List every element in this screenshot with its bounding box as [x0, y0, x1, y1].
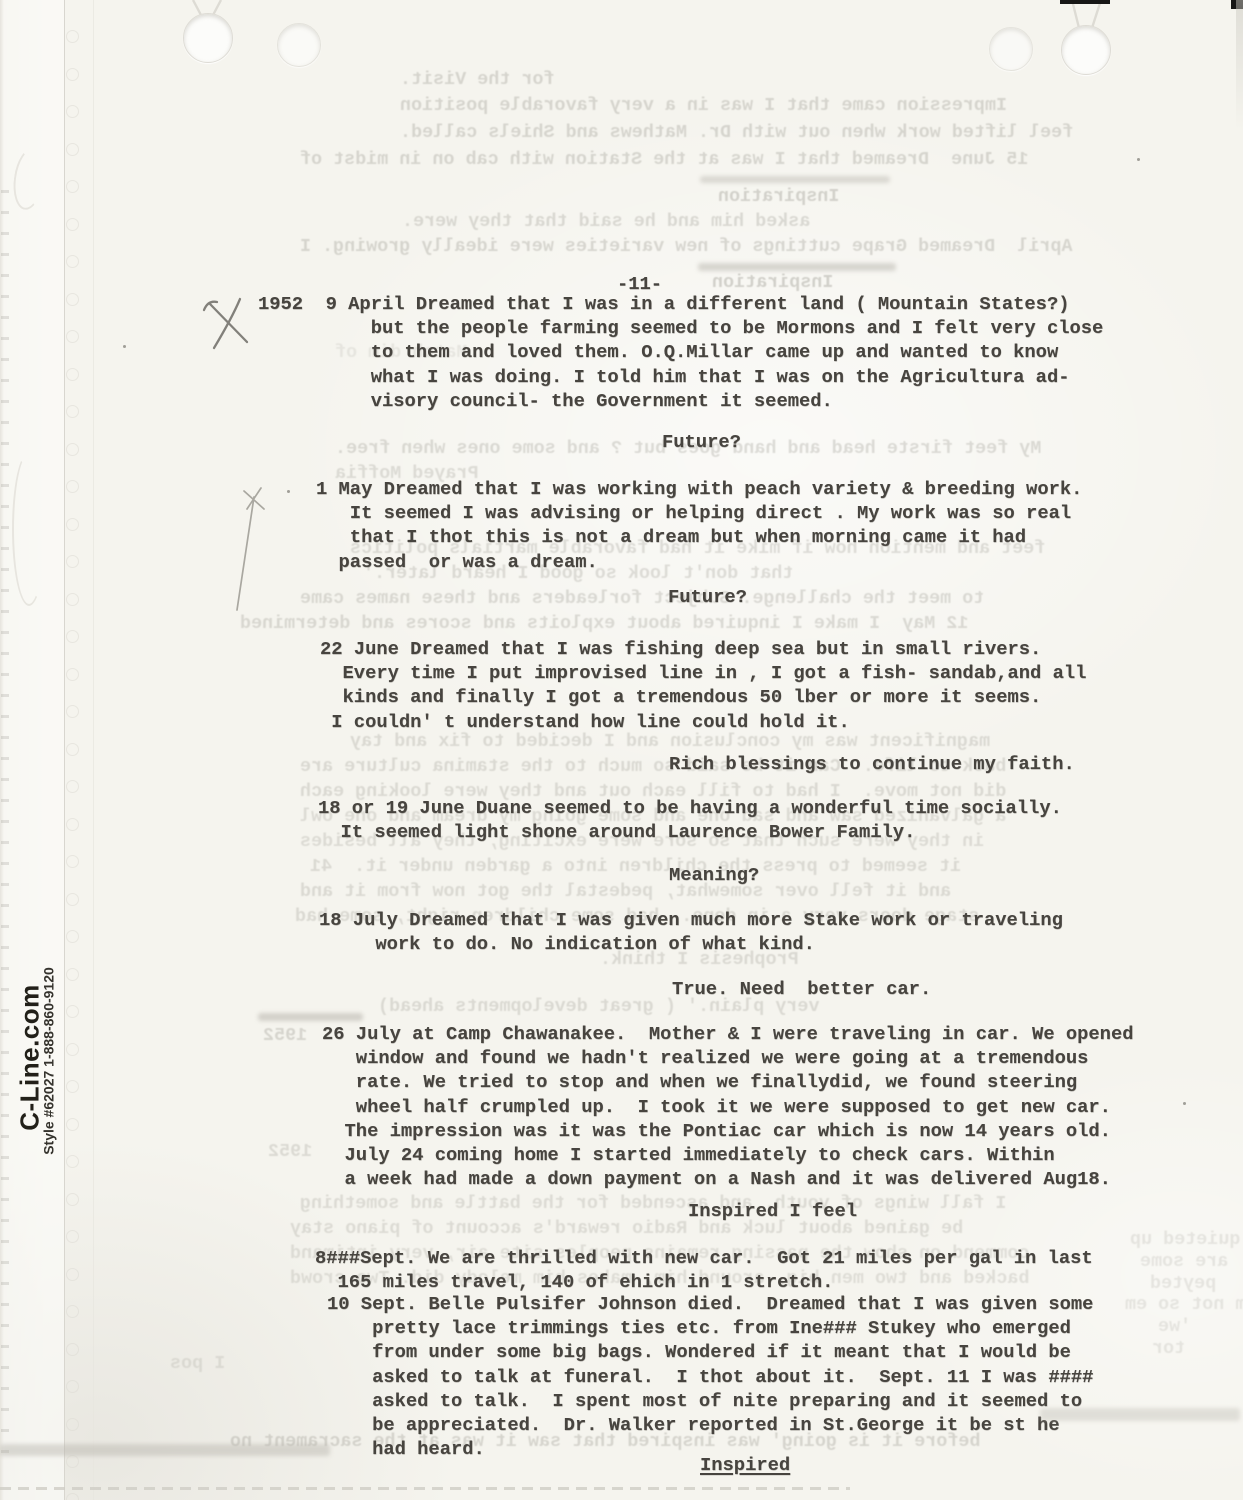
- top-edge-fragment: [1060, 0, 1110, 4]
- punch-hole: [277, 23, 321, 67]
- pencil-marks-overlay: [0, 0, 1243, 1500]
- punch-hole: [183, 13, 233, 63]
- punch-hole: [1061, 25, 1111, 75]
- bottom-dashed-edge: [0, 1487, 850, 1490]
- right-edge-streak: [1236, 0, 1243, 130]
- hole-tear: [193, 0, 1101, 28]
- pencil-x-mark: [204, 299, 247, 348]
- scanned-document-screenshot: { "page": { "number": "-11-", "kind": "t…: [0, 0, 1243, 1500]
- punch-hole: [989, 27, 1033, 71]
- paper-page: for the Visit.Impression came that I was…: [0, 0, 1243, 1500]
- pencil-x-mark-light: [237, 488, 264, 610]
